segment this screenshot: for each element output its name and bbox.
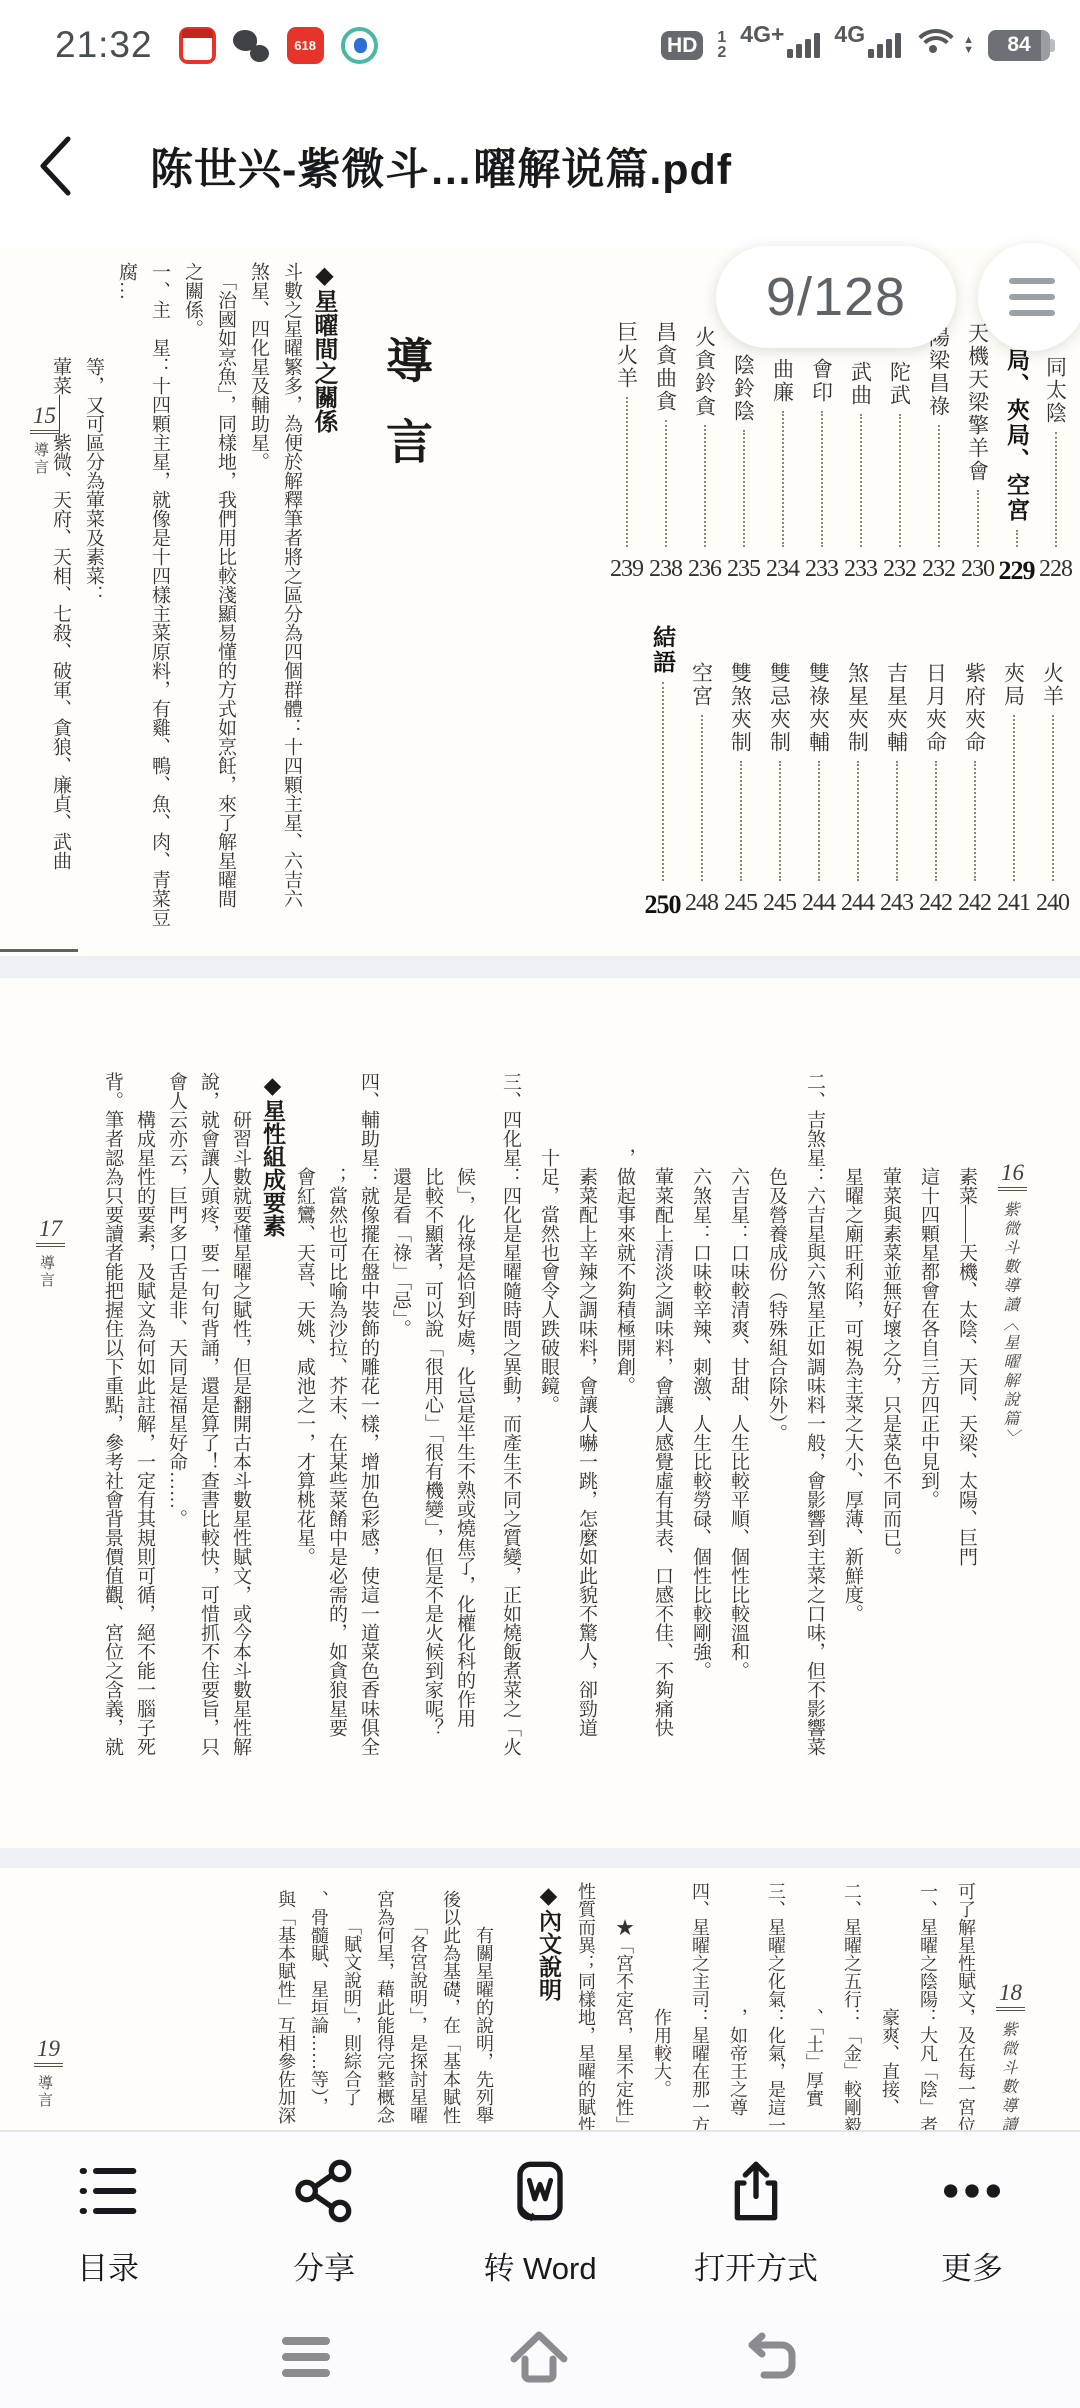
toc-entry-name: 陰鈴陰	[729, 354, 759, 423]
text-column: 候」，化祿是恰到好處，化忌是半生不熟或燒焦了，化權化科的作用	[448, 1072, 480, 1836]
toc-entry: 雙忌夾制245	[760, 620, 799, 920]
home-button[interactable]	[508, 2329, 570, 2390]
dotted-leader	[935, 761, 937, 881]
to-word-icon	[508, 2155, 572, 2227]
open-with-icon	[724, 2155, 788, 2227]
screen: 21:32 618 HD 1 2 4G+ 4G	[0, 0, 1080, 2408]
dotted-leader	[860, 414, 862, 547]
body-text: 斗數之星曜繁多，為便於解釋筆者將之區分為四個群體：十四顆主星、六吉六煞星、四化星…	[68, 262, 308, 956]
body-text-left: 有關星曜的說明，先列舉後以此為基礎，在「基本賦性 「各宮說明」，是探討星曜宮為何…	[269, 1890, 500, 2130]
toc-entry-page: 236	[688, 556, 721, 586]
toc-label: 目录	[77, 2243, 139, 2288]
pdf-page-spread-2: 16 紫微斗數導讀〈星曜解說篇〉 素菜——天機、太陰、天同、天梁、太陽、巨門 這…	[0, 978, 1080, 1848]
section-title: ◆星性組成要素	[256, 1072, 288, 1836]
open-with-button[interactable]: 打开方式	[648, 2132, 864, 2310]
text-column: 二、吉煞星：六吉星與六煞星正如調味料一般，會影響到主菜之口味，但不影響菜	[795, 1072, 833, 1836]
wechat-icon	[233, 27, 270, 64]
text-column: 說，就會讓人頭疼，要一句句背誦，還是算了！查書比較快，可惜抓不住要旨，只	[192, 1072, 224, 1836]
toc-entry-page: 243	[880, 890, 913, 920]
toc-row-2: 火羊240夾局241紫府夾命242日月夾命242吉星夾輔243煞星夾制244雙祿…	[643, 620, 1072, 920]
notification-icons: 618	[179, 27, 378, 64]
text-column: 宮為何星，藉此能得完整概念	[368, 1890, 401, 2130]
wifi-traffic-arrows-icon: ▲▼	[963, 35, 974, 55]
book-page-number: 17 導言	[36, 1216, 65, 1289]
dotted-leader	[1016, 530, 1018, 547]
document-title: 陈世兴-紫微斗…曜解说篇.pdf	[150, 136, 732, 197]
dotted-leader	[665, 420, 667, 547]
toc-entry: 昌貪曲貪238	[646, 306, 685, 586]
dotted-leader	[626, 397, 628, 547]
chevron-left-icon	[36, 135, 74, 197]
convert-to-word-label: 转 Word	[483, 2243, 596, 2288]
text-column: 「治國如烹魚」，同樣地，我們用比較淺顯易懂的方式如烹飪，來了解星曜間	[209, 262, 242, 956]
text-column: 煞星、四化星及輔助星。	[242, 262, 275, 956]
text-column: 還是看「祿」「忌」。	[384, 1072, 416, 1836]
text-column: 素菜配上辛辣之調味料，會讓人嚇一跳，怎麼如此貌不驚人，卻勁道	[567, 1072, 605, 1836]
dotted-leader	[1013, 715, 1015, 881]
toc-entry: 陰鈴陰235	[724, 306, 763, 586]
jd-618-icon: 618	[287, 27, 324, 64]
share-button[interactable]: 分享	[216, 2132, 432, 2310]
text-column: 色及營養成份（特殊組合除外）。	[757, 1072, 795, 1836]
toc-entry-name: 夾局	[999, 662, 1029, 708]
text-column: 十足，當然也會令人跌破眼鏡。	[529, 1072, 567, 1836]
text-column: 後以此為基礎，在「基本賦性	[434, 1890, 467, 2130]
back-button[interactable]	[0, 90, 110, 242]
toc-entry-page: 232	[922, 556, 955, 586]
toc-entry-page: 244	[802, 890, 835, 920]
toc-entry-name: 武曲	[846, 361, 876, 407]
text-column: 會人云亦云，巨門多口舌是非、天同是福星好命……。	[160, 1072, 192, 1836]
toc-entry: 陽梁昌祿232	[919, 306, 958, 586]
toc-entry-name: 昌貪曲貪	[651, 321, 681, 413]
toc-entry-name: 天機天梁擎羊會	[963, 322, 993, 483]
open-with-label: 打开方式	[694, 2243, 818, 2288]
toc-entry: 巨火羊239	[607, 306, 646, 586]
text-column: 性質而異；同樣地，星曜的賦性	[567, 1882, 605, 2130]
signal-bars-icon	[787, 32, 820, 58]
text-column: ，如帝王之尊	[719, 1882, 757, 2130]
dotted-leader	[818, 761, 820, 881]
dotted-leader	[1055, 432, 1057, 547]
toc-entry: 吉星夾輔243	[877, 620, 916, 920]
text-column: 背。筆者認為只要讀者能把握住以下重點，參考社會背景價值觀、宮位之含義，就	[96, 1072, 128, 1836]
wifi-icon	[915, 29, 957, 61]
toc-entry-page: 233	[844, 556, 877, 586]
text-column: 會紅鸞、天喜、天姚、咸池之一，才算桃花星。	[288, 1072, 320, 1836]
chapter-margin-label: 導言	[34, 2075, 55, 2109]
chapter-margin-label: 導言	[36, 1255, 57, 1289]
toc-entry: 雙祿夾輔244	[799, 620, 838, 920]
dotted-leader	[782, 411, 784, 547]
book-page-number: 16 紫微斗數導讀〈星曜解說篇〉	[998, 1160, 1027, 1448]
text-column: 作用較大。	[643, 1882, 681, 2130]
toc-entry-name: 雙忌夾制	[765, 662, 795, 754]
dotted-leader	[977, 490, 979, 547]
toc-entry-name: 日月夾命	[921, 662, 951, 754]
text-column: 研習斗數就要懂星曜之賦性，但是翻開古本斗數星性賦文，或今本斗數星性解	[224, 1072, 256, 1836]
pdf-viewer[interactable]: 15 導言 導言 ◆星曜間之關係 斗數之星曜繁多，為便於解釋筆者將之區分為四個群…	[0, 248, 1080, 2130]
dotted-leader	[821, 411, 823, 547]
body-text-right: 可了解星性賦文，及在每一宮位一、星曜之陰陽：大凡「陰」者 豪爽、直接、二、星曜之…	[529, 1882, 985, 2130]
text-column: ；當然也可比喻為沙拉、芥末、在某些菜餚中是必需的，如貪狼星要	[320, 1072, 352, 1836]
dotted-leader	[740, 761, 742, 881]
toc-entry: 天機天梁擎羊會230	[958, 306, 997, 586]
folio-number: 17	[36, 1216, 65, 1247]
body-text-left: 候」，化祿是恰到好處，化忌是半生不熟或燒焦了，化權化科的作用 比較不顯著，可以說…	[96, 1072, 480, 1836]
text-column: 三、四化星：四化是星曜隨時間之異動，而產生不同之質變，正如燒飯煮菜之「火	[491, 1072, 529, 1836]
book-title-margin: 紫微斗數導讀〈星曜解說篇〉	[998, 1201, 1021, 1448]
book-title-margin: 紫微斗數導讀	[996, 2021, 1019, 2130]
toc-entry-name: 陀武	[885, 361, 915, 407]
body-text-right: 素菜——天機、太陰、天同、天梁、太陽、巨門 這十四顆星都會在各自三方四正中見到。…	[491, 1072, 985, 1836]
toc-entry: 火貪鈴貪236	[685, 306, 724, 586]
toc-entry-page: 233	[805, 556, 838, 586]
toc-entry: 曲廉234	[763, 306, 802, 586]
share-icon	[292, 2155, 356, 2227]
toc-list-icon	[76, 2155, 140, 2227]
more-button[interactable]: 更多	[864, 2132, 1080, 2310]
toc-entry-page: 234	[766, 556, 799, 586]
recents-button[interactable]	[280, 2333, 332, 2386]
hamburger-icon	[1009, 278, 1055, 284]
dotted-leader	[857, 761, 859, 881]
battery-percent: 84	[1007, 33, 1030, 57]
status-indicators: HD 1 2 4G+ 4G ▲▼ 84	[661, 29, 1050, 61]
text-column: 、「土」厚實	[795, 1882, 833, 2130]
toc-entry-page: 230	[961, 556, 994, 586]
android-navbar	[0, 2310, 1080, 2408]
sim1-label: 1	[717, 30, 726, 45]
toc-entry-page: 240	[1036, 890, 1069, 920]
section-title: ◆內文說明	[529, 1882, 567, 2130]
toc-entry-name: 局、夾局、空宮	[1000, 348, 1033, 523]
more-label: 更多	[941, 2243, 1003, 2288]
dotted-leader	[896, 761, 898, 881]
text-column: 之關係。	[176, 262, 209, 956]
text-column: 三、星曜之化氣：化氣，是這一	[757, 1882, 795, 2130]
toc-entry-page: 242	[958, 890, 991, 920]
folio-number: 19	[34, 2036, 63, 2067]
signal-sim1: 4G+	[740, 32, 820, 58]
text-column: 四、輔助星：就像擺在盤中裝飾的雕花一樣，增加色彩感，使這一道菜色香味俱全	[352, 1072, 384, 1836]
toc-entry-name: 巨火羊	[612, 321, 642, 390]
text-column: 六吉星：口味較清爽、甘甜、人生比較平順、個性比較溫和。	[719, 1072, 757, 1836]
section-title: ◆星曜間之關係	[306, 260, 341, 433]
text-column: 斗數之星曜繁多，為便於解釋筆者將之區分為四個群體：十四顆主星、六吉六	[275, 262, 308, 956]
text-column: 「賦文說明」，則綜合了	[335, 1890, 368, 2130]
toc-entry-name: 紫府夾命	[960, 662, 990, 754]
toc-entry-page: 245	[724, 890, 757, 920]
page-indicator: 9/128	[716, 246, 956, 348]
toc-entry-page: 239	[610, 556, 643, 586]
dotted-leader	[701, 715, 703, 881]
toc-entry-page: 238	[649, 556, 682, 586]
clock: 21:32	[55, 24, 153, 66]
text-column: 有關星曜的說明，先列舉	[467, 1890, 500, 2130]
toc-entry-name: 會印	[807, 358, 837, 404]
book-page-number: 18 紫微斗數導讀	[996, 1980, 1025, 2130]
toc-entry-page: 250	[645, 890, 681, 920]
toc-entry-name: 雙煞夾制	[726, 662, 756, 754]
back-nav-button[interactable]	[746, 2332, 800, 2387]
text-column: 「各宮說明」，是探討星曜	[401, 1890, 434, 2130]
toc-entry-name: 結語	[646, 625, 679, 675]
toc-entry-name: 煞星夾制	[843, 662, 873, 754]
dotted-leader	[743, 430, 745, 547]
toc-entry-page: 248	[685, 890, 718, 920]
text-column: 葷菜配上清淡之調味料，會讓人感覺虛有其表、口感不佳、不夠痛快	[643, 1072, 681, 1836]
pdf-page-spread-1: 15 導言 導言 ◆星曜間之關係 斗數之星曜繁多，為便於解釋筆者將之區分為四個群…	[0, 248, 1080, 956]
text-column: 素菜——天機、太陰、天同、天梁、太陽、巨門	[947, 1072, 985, 1836]
signal-bars-icon	[868, 32, 901, 58]
toc-entry-name: 吉星夾輔	[882, 662, 912, 754]
scan-artifact	[0, 949, 78, 952]
toc-entry-name: 火貪鈴貪	[690, 326, 720, 418]
toc-entry-name: 雙祿夾輔	[804, 662, 834, 754]
bottom-toolbar: 目录 分享 转 Word	[0, 2132, 1080, 2310]
toc-entry: 煞星夾制244	[838, 620, 877, 920]
text-column: 葷菜與素菜並無好壞之分，只是菜色不同而已。	[871, 1072, 909, 1836]
toc-entry: 火羊240	[1033, 620, 1072, 920]
battery-icon: 84	[988, 30, 1050, 61]
toc-entry-page: 245	[763, 890, 796, 920]
toc-row-1: 同太陰228局、夾局、空宮229天機天梁擎羊會230陽梁昌祿232陀武232武曲…	[607, 306, 1075, 586]
more-icon	[940, 2155, 1004, 2227]
text-column: 等，又可區分為葷菜及素菜：	[77, 262, 110, 956]
toc-entry-page: 242	[919, 890, 952, 920]
dotted-leader	[899, 414, 901, 547]
toc-entry-name: 同太陰	[1041, 356, 1071, 425]
toc-entry-page: 228	[1039, 556, 1072, 586]
toc-entry-page: 244	[841, 890, 874, 920]
hd-icon: HD	[661, 31, 703, 60]
net-type-label: 4G	[834, 23, 865, 46]
toc-entry-page: 229	[999, 556, 1035, 586]
text-column: 構成星性的要素，及賦文為何如此註解，一定有其規則可循，絕不能一腦子死	[128, 1072, 160, 1836]
text-column: 可了解星性賦文，及在每一宮位	[947, 1882, 985, 2130]
toc-entry: 陀武232	[880, 306, 919, 586]
toc-entry: 會印233	[802, 306, 841, 586]
toc-entry-name: 空宮	[687, 662, 717, 708]
dual-sim-indicator: 1 2	[717, 30, 726, 60]
toc-entry: 武曲233	[841, 306, 880, 586]
toc-entry: 空宮248	[682, 620, 721, 920]
folio-number: 16	[998, 1160, 1027, 1191]
toc-entry: 雙煞夾制245	[721, 620, 760, 920]
status-bar: 21:32 618 HD 1 2 4G+ 4G	[0, 0, 1080, 90]
browser-app-icon	[341, 27, 378, 64]
pdf-page-spread-3: 18 紫微斗數導讀 可了解星性賦文，及在每一宮位一、星曜之陰陽：大凡「陰」者 豪…	[0, 1868, 1080, 2130]
text-column: 六煞星：口味較辛辣、刺激、人生比較勞碌、個性比較剛強。	[681, 1072, 719, 1836]
dotted-leader	[662, 682, 664, 881]
text-column: 星曜之廟旺利陷，可視為主菜之大小、厚薄、新鮮度。	[833, 1072, 871, 1836]
toc-entry: 結語250	[643, 620, 682, 920]
folio-number: 18	[996, 1980, 1025, 2011]
convert-to-word-button[interactable]: 转 Word	[432, 2132, 648, 2310]
toc-entry: 日月夾命242	[916, 620, 955, 920]
dotted-leader	[974, 761, 976, 881]
toc-entry-page: 232	[883, 556, 916, 586]
text-column: 與「基本賦性」互相參佐加深	[269, 1890, 302, 2130]
dotted-leader	[704, 425, 706, 547]
text-column: 四、星曜之主司：星曜在那一方	[681, 1882, 719, 2130]
calendar-app-icon	[179, 27, 216, 64]
text-column: 豪爽、直接、	[871, 1882, 909, 2130]
text-column: 一、星曜之陰陽：大凡「陰」者	[909, 1882, 947, 2130]
toc-entry-name: 火羊	[1038, 662, 1068, 708]
dotted-leader	[1052, 715, 1054, 881]
toc-button[interactable]: 目录	[0, 2132, 216, 2310]
toc-entry-page: 241	[997, 890, 1030, 920]
signal-sim2: 4G	[834, 32, 901, 58]
dotted-leader	[779, 761, 781, 881]
sim2-label: 2	[717, 45, 726, 60]
text-column: 葷菜——紫微、天府、天相、七殺、破軍、貪狼、廉貞、武曲	[44, 262, 77, 956]
text-column: 比較不顯著，可以說「很用心」「很有機變」，但是不是火候到家呢？	[416, 1072, 448, 1836]
dotted-leader	[938, 425, 940, 547]
share-label: 分享	[293, 2243, 355, 2288]
text-column: ，做起事來就不夠積極開創。	[605, 1072, 643, 1836]
toc-entry-page: 235	[727, 556, 760, 586]
title-bar: 陈世兴-紫微斗…曜解说篇.pdf	[0, 90, 1080, 242]
text-column: 二、星曜之五行：「金」較剛毅	[833, 1882, 871, 2130]
text-column: 、骨髓賦、星垣論……等），	[302, 1890, 335, 2130]
toc-entry: 夾局241	[994, 620, 1033, 920]
chapter-heading: 導言	[372, 336, 439, 498]
toc-entry-name: 曲廉	[768, 358, 798, 404]
text-column: ★「宮不定宮，星不定性」	[605, 1882, 643, 2130]
toc-entry: 紫府夾命242	[955, 620, 994, 920]
book-page-number: 19 導言	[34, 2036, 63, 2109]
text-column: 這十四顆星都會在各自三方四正中見到。	[909, 1072, 947, 1836]
text-column: 一、主 星：十四顆主星，就像是十四樣主菜原料，有雞、鴨、魚、肉、青菜豆腐…	[110, 262, 176, 956]
outline-menu-button[interactable]	[978, 243, 1080, 351]
net-type-label: 4G+	[740, 23, 784, 46]
